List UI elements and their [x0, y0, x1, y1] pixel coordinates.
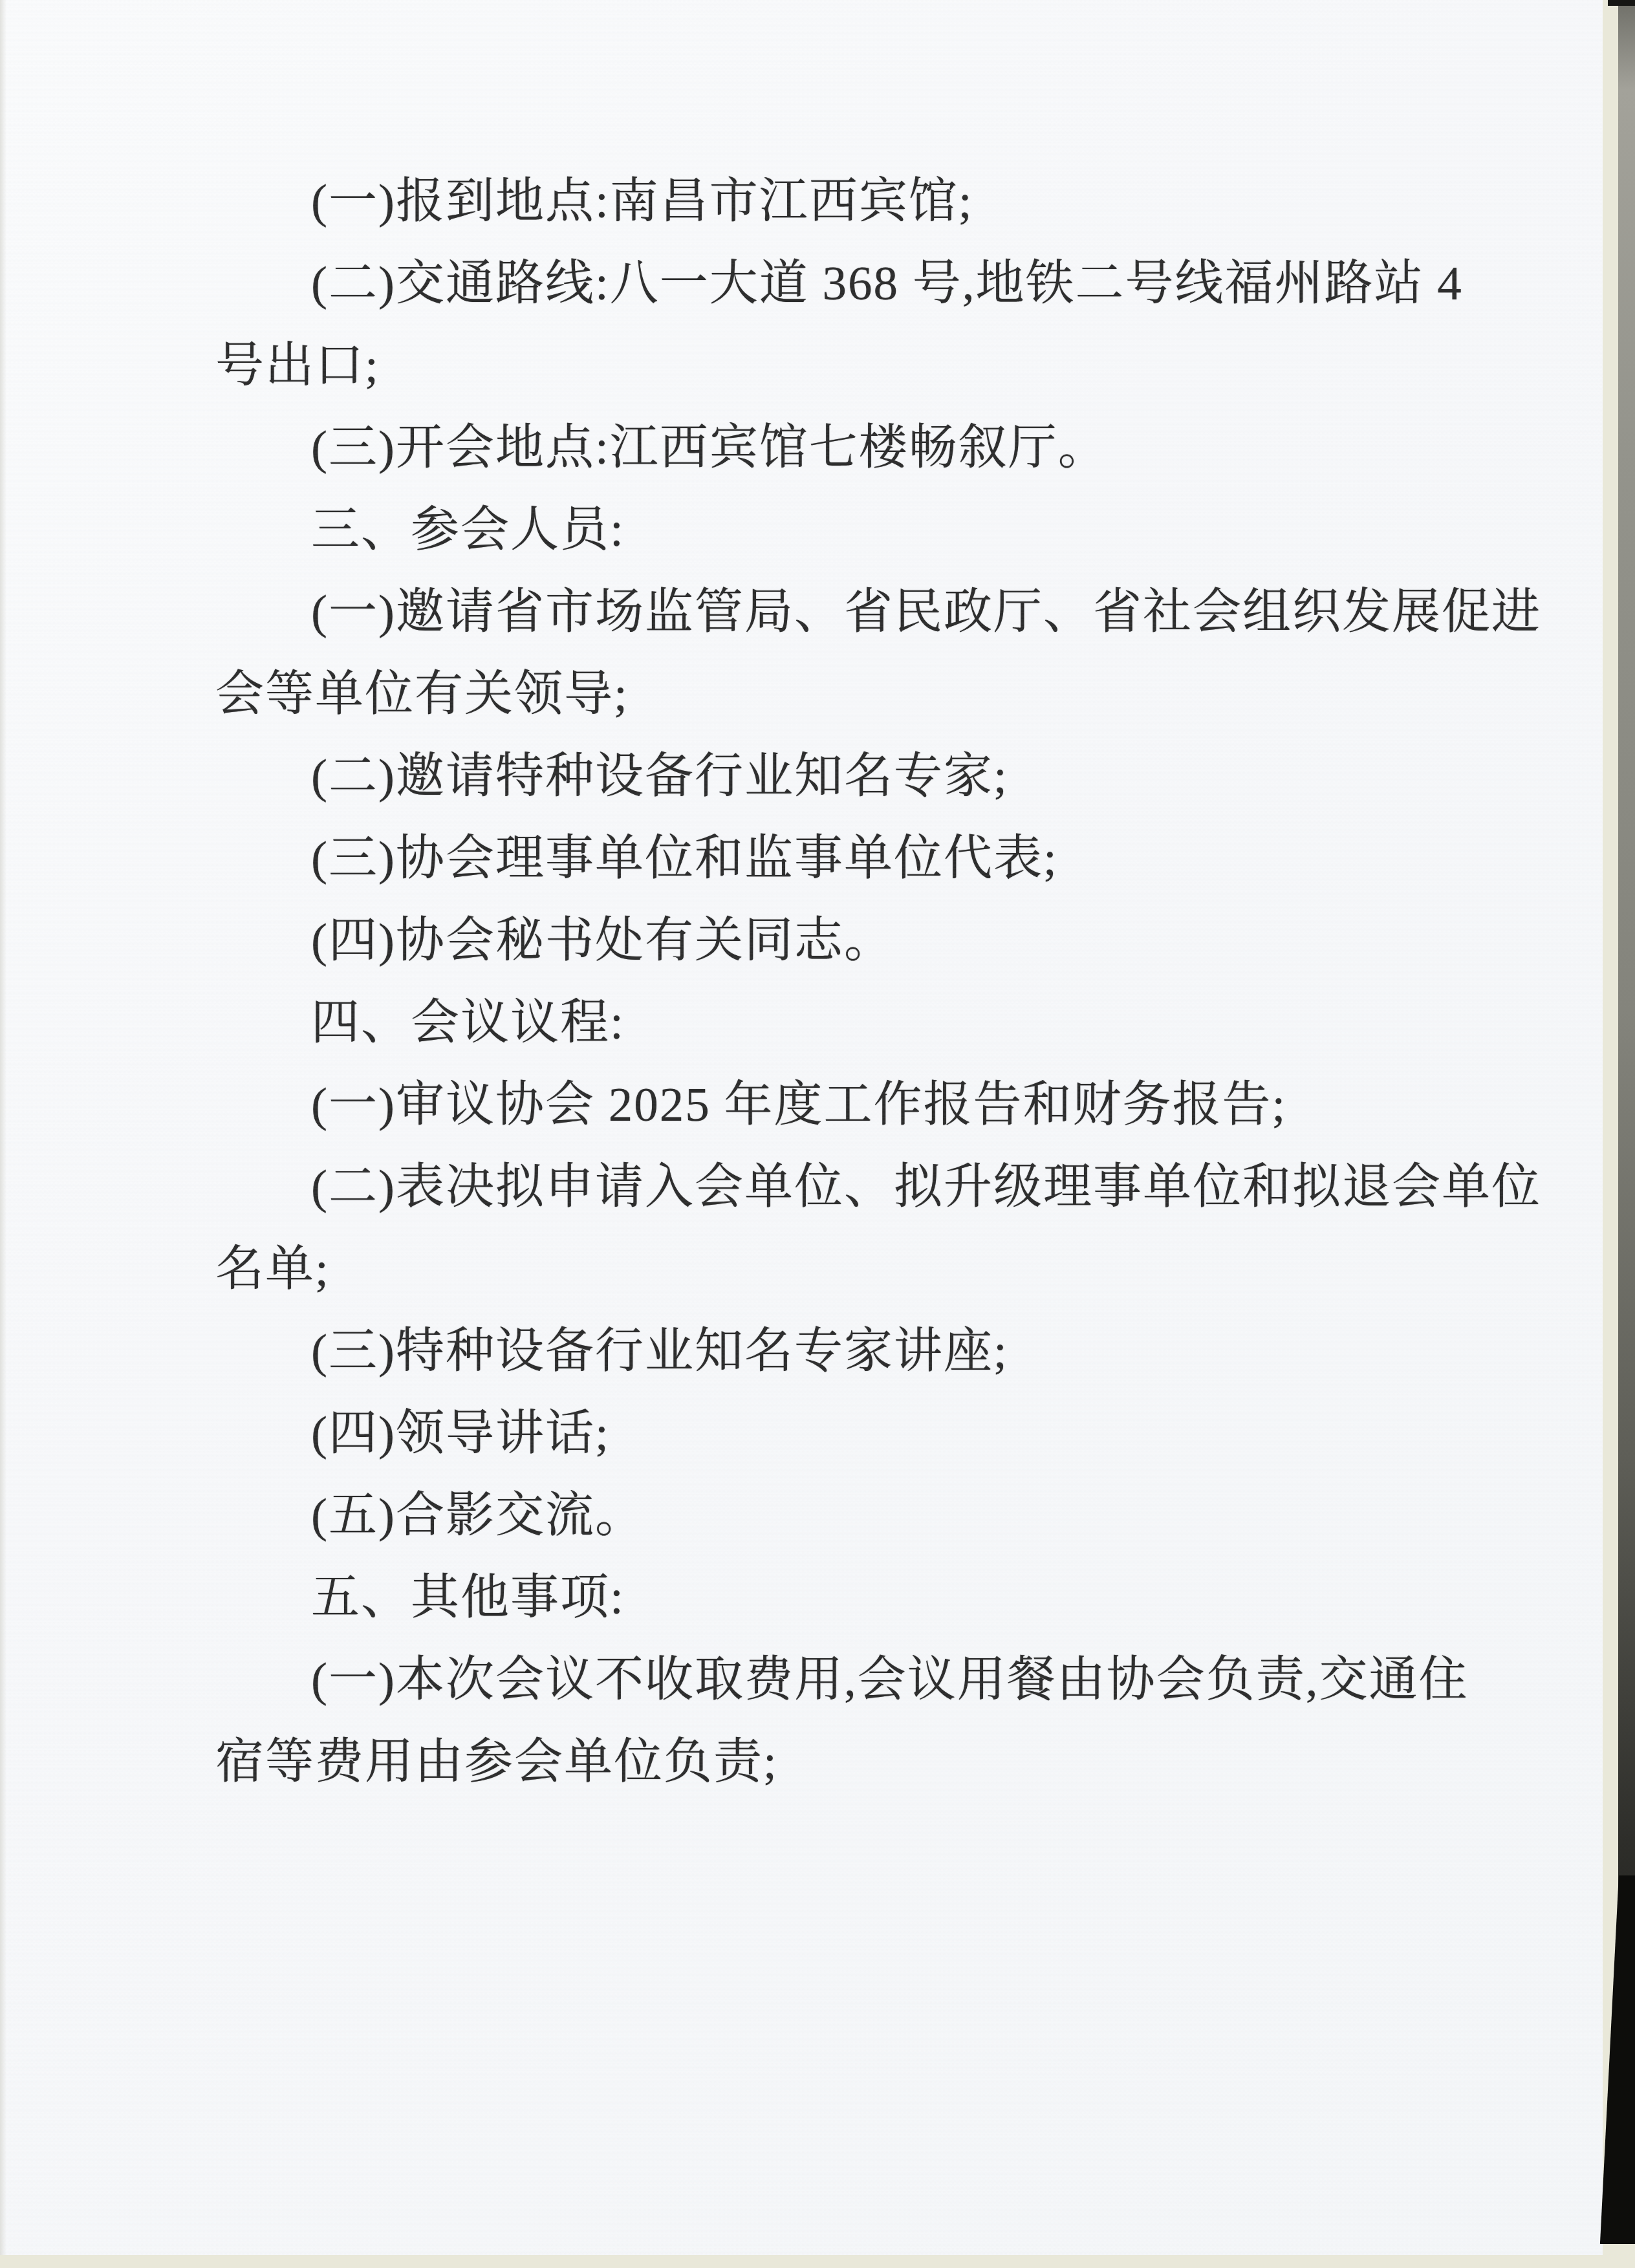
document-line: (二)邀请特种设备行业知名专家;: [215, 735, 1405, 817]
document-line: (一)本次会议不收取费用,会议用餐由协会负责,交通住: [215, 1639, 1405, 1721]
document-line: 四、会议议程:: [215, 982, 1405, 1064]
document-line: (三)协会理事单位和监事单位代表;: [215, 817, 1405, 900]
document-line: (四)领导讲话;: [215, 1392, 1405, 1474]
document-line: (二)表决拟申请入会单位、拟升级理事单位和拟退会单位: [215, 1146, 1405, 1228]
document-line: (三)开会地点:江西宾馆七楼畅叙厅。: [215, 407, 1405, 489]
document-text-block: (一)报到地点:南昌市江西宾馆; (二)交通路线:八一大道 368 号,地铁二号…: [215, 160, 1405, 1803]
document-line: (一)邀请省市场监管局、省民政厅、省社会组织发展促进: [215, 571, 1405, 653]
document-line: 宿等费用由参会单位负责;: [215, 1721, 1405, 1803]
document-line: (五)合影交流。: [215, 1474, 1405, 1557]
document-line: 三、参会人员:: [215, 489, 1405, 571]
document-line: 五、其他事项:: [215, 1557, 1405, 1639]
document-line: (一)报到地点:南昌市江西宾馆;: [215, 160, 1405, 243]
document-line: (一)审议协会 2025 年度工作报告和财务报告;: [215, 1064, 1405, 1146]
document-line: 号出口;: [215, 325, 1405, 407]
document-line: (四)协会秘书处有关同志。: [215, 900, 1405, 982]
scan-top-right-corner-bar: [1608, 0, 1635, 6]
document-line: (三)特种设备行业知名专家讲座;: [215, 1310, 1405, 1392]
document-line: (二)交通路线:八一大道 368 号,地铁二号线福州路站 4: [215, 243, 1405, 325]
document-line: 会等单位有关领导;: [215, 653, 1405, 735]
paper-sheet: (一)报到地点:南昌市江西宾馆; (二)交通路线:八一大道 368 号,地铁二号…: [0, 0, 1603, 2255]
document-line: 名单;: [215, 1228, 1405, 1310]
scanned-document: (一)报到地点:南昌市江西宾馆; (二)交通路线:八一大道 368 号,地铁二号…: [0, 0, 1635, 2268]
scan-left-edge-shading: [0, 0, 6, 2255]
